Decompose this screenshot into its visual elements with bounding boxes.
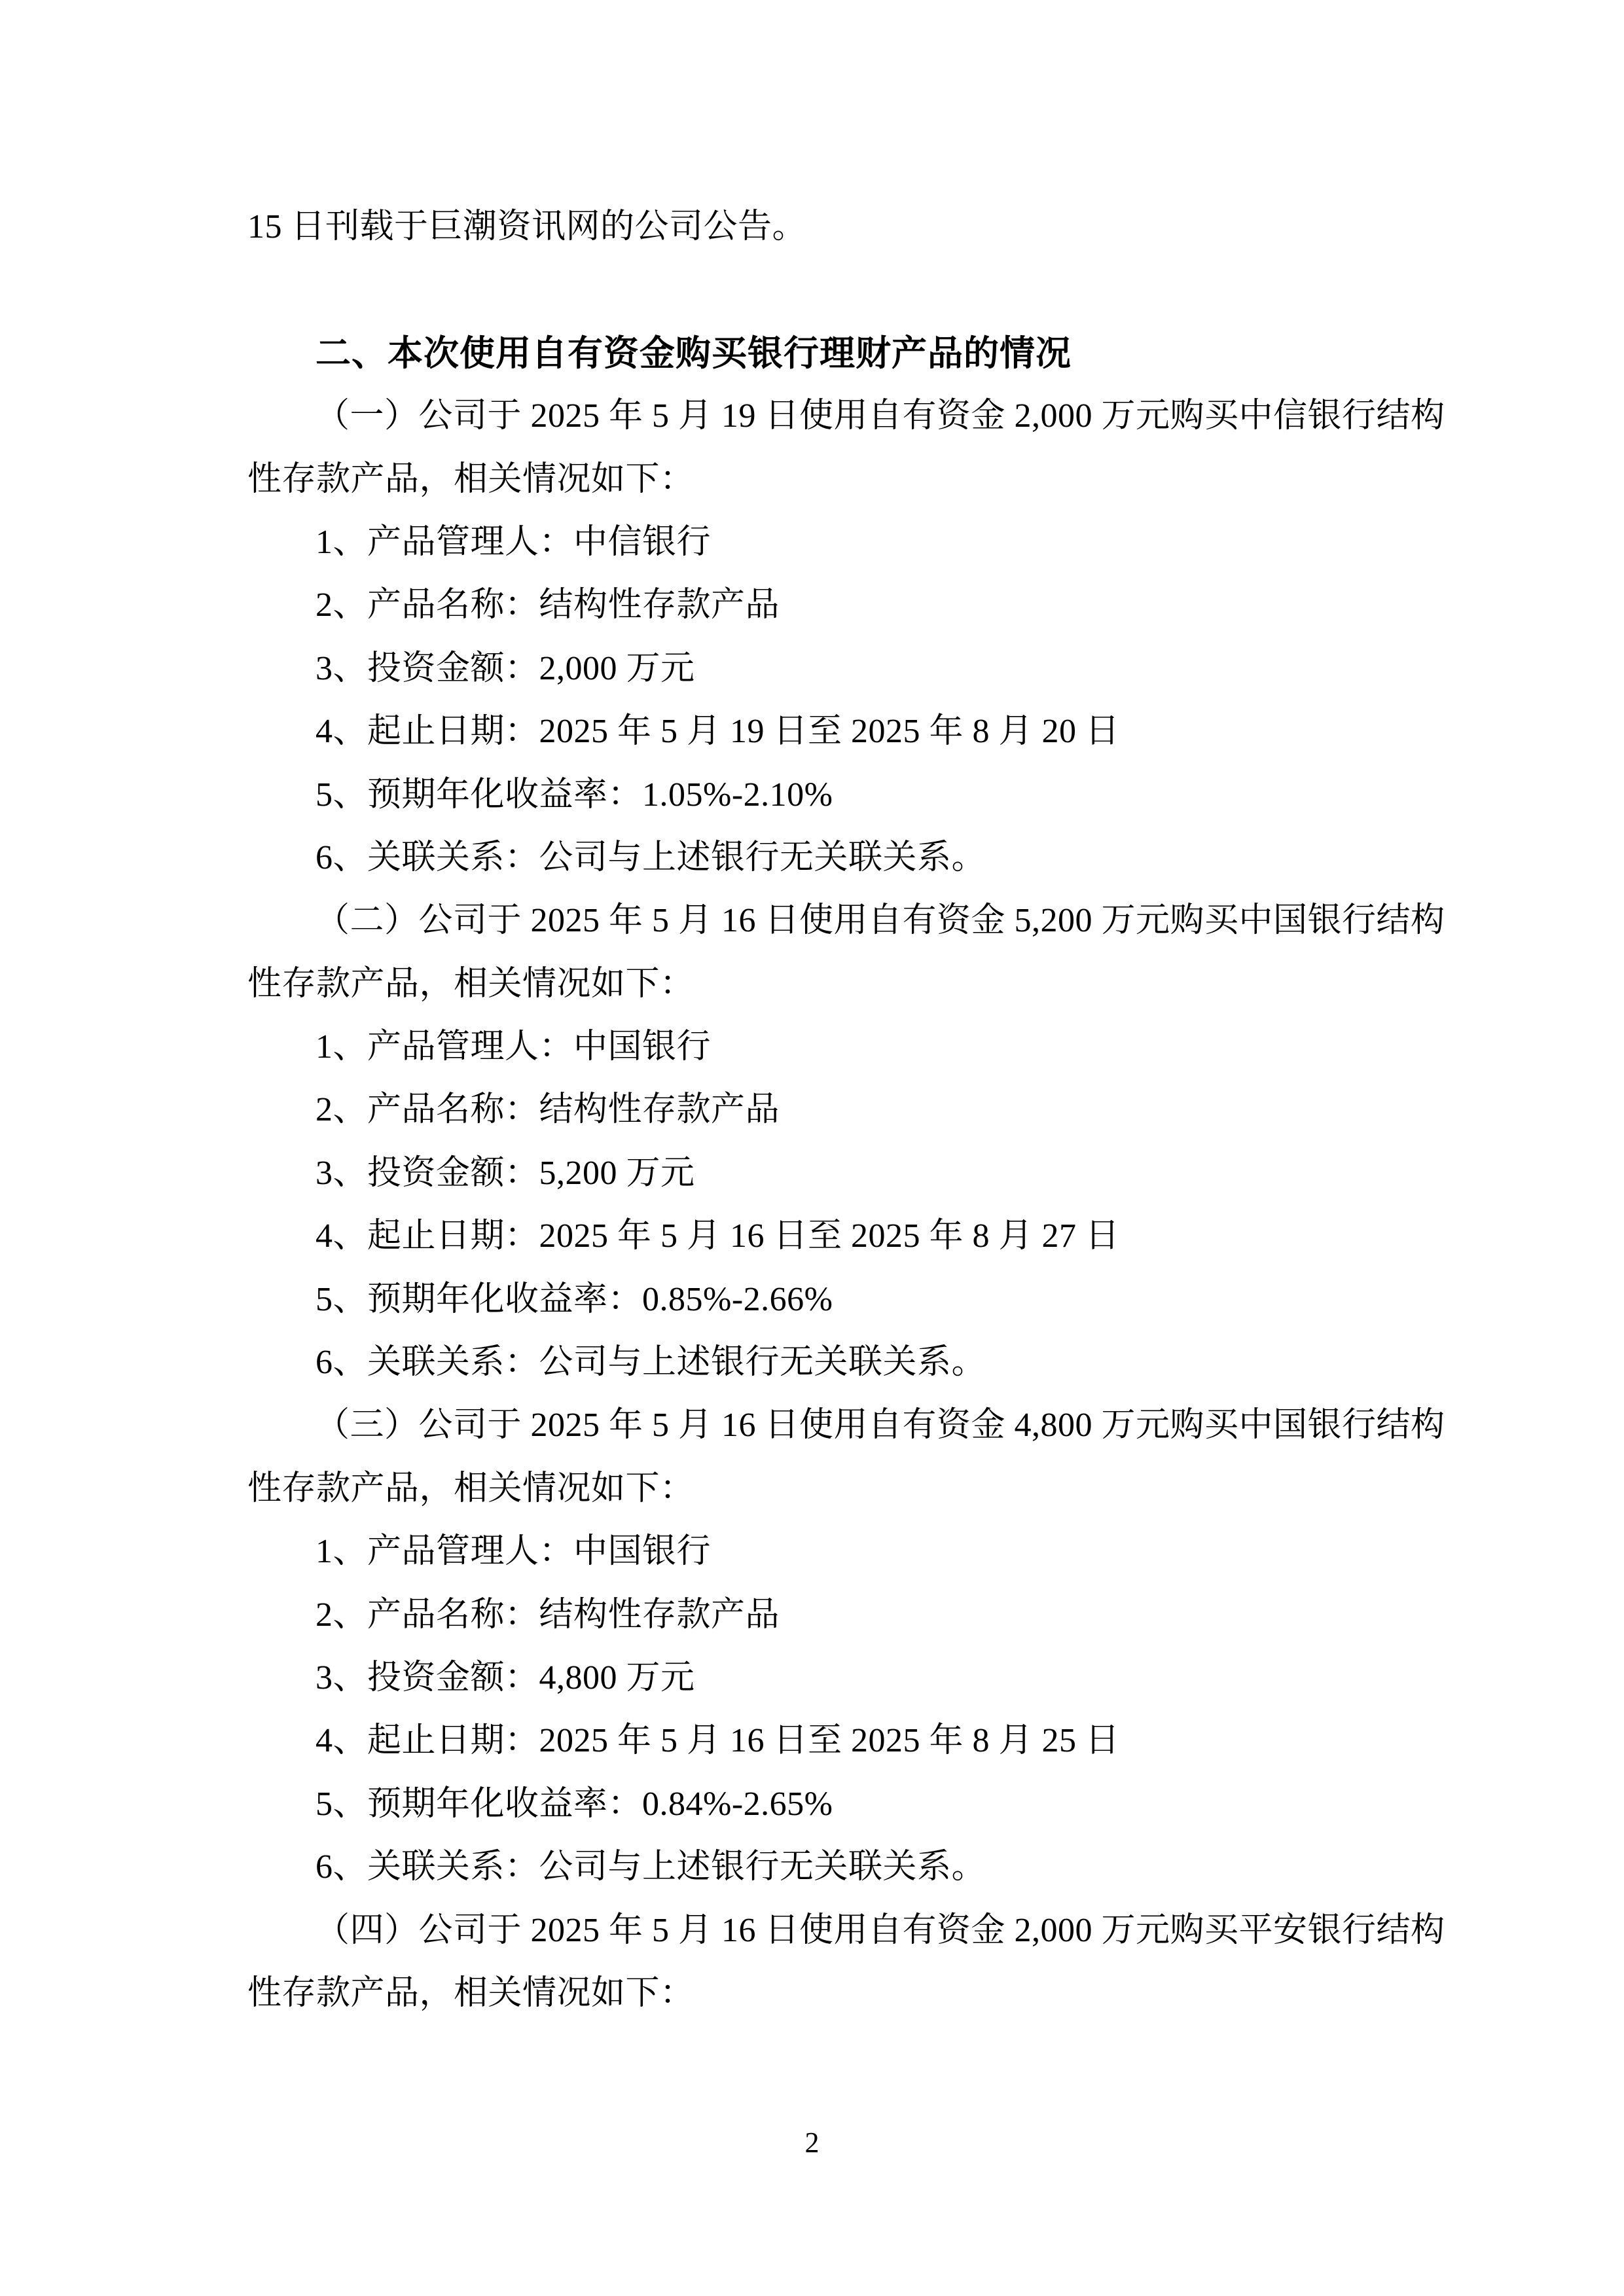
text-line: 5、预期年化收益率：0.84%-2.65%	[247, 1773, 1419, 1836]
text-line: 6、关联关系：公司与上述银行无关联关系。	[247, 1331, 1419, 1394]
text-line: 15 日刊载于巨潮资讯网的公司公告。	[247, 196, 1419, 259]
text-line: 1、产品管理人：中信银行	[247, 511, 1419, 574]
text-line: 4、起止日期：2025 年 5 月 19 日至 2025 年 8 月 20 日	[247, 700, 1419, 763]
text-line: 5、预期年化收益率：0.85%-2.66%	[247, 1268, 1419, 1331]
document-body: 15 日刊载于巨潮资讯网的公司公告。二、本次使用自有资金购买银行理财产品的情况（…	[247, 196, 1419, 2025]
text-line: 5、预期年化收益率：1.05%-2.10%	[247, 764, 1419, 827]
text-line: 3、投资金额：4,800 万元	[247, 1647, 1419, 1710]
text-line: （二）公司于 2025 年 5 月 16 日使用自有资金 5,200 万元购买中…	[247, 889, 1419, 952]
text-line: 性存款产品，相关情况如下：	[247, 953, 1419, 1016]
text-line: 3、投资金额：5,200 万元	[247, 1142, 1419, 1205]
text-line: （一）公司于 2025 年 5 月 19 日使用自有资金 2,000 万元购买中…	[247, 385, 1419, 448]
page-number: 2	[0, 2126, 1624, 2160]
section-heading: 二、本次使用自有资金购买银行理财产品的情况	[247, 322, 1419, 385]
text-line: 6、关联关系：公司与上述银行无关联关系。	[247, 827, 1419, 889]
text-line: 3、投资金额：2,000 万元	[247, 637, 1419, 700]
text-line: 4、起止日期：2025 年 5 月 16 日至 2025 年 8 月 27 日	[247, 1205, 1419, 1268]
text-line: 2、产品名称：结构性存款产品	[247, 1079, 1419, 1141]
text-line: 4、起止日期：2025 年 5 月 16 日至 2025 年 8 月 25 日	[247, 1710, 1419, 1772]
text-line: 1、产品管理人：中国银行	[247, 1016, 1419, 1079]
text-line: 6、关联关系：公司与上述银行无关联关系。	[247, 1836, 1419, 1899]
text-line: 性存款产品，相关情况如下：	[247, 1962, 1419, 2025]
text-line: 2、产品名称：结构性存款产品	[247, 1584, 1419, 1647]
text-line: 1、产品管理人：中国银行	[247, 1520, 1419, 1583]
text-line	[247, 259, 1419, 321]
document-page: { "document": { "lines": [ { "text": "15…	[0, 0, 1624, 2296]
text-line: 性存款产品，相关情况如下：	[247, 1458, 1419, 1520]
text-line: 2、产品名称：结构性存款产品	[247, 574, 1419, 637]
text-line: 性存款产品，相关情况如下：	[247, 448, 1419, 511]
text-line: （三）公司于 2025 年 5 月 16 日使用自有资金 4,800 万元购买中…	[247, 1394, 1419, 1457]
text-line: （四）公司于 2025 年 5 月 16 日使用自有资金 2,000 万元购买平…	[247, 1899, 1419, 1962]
